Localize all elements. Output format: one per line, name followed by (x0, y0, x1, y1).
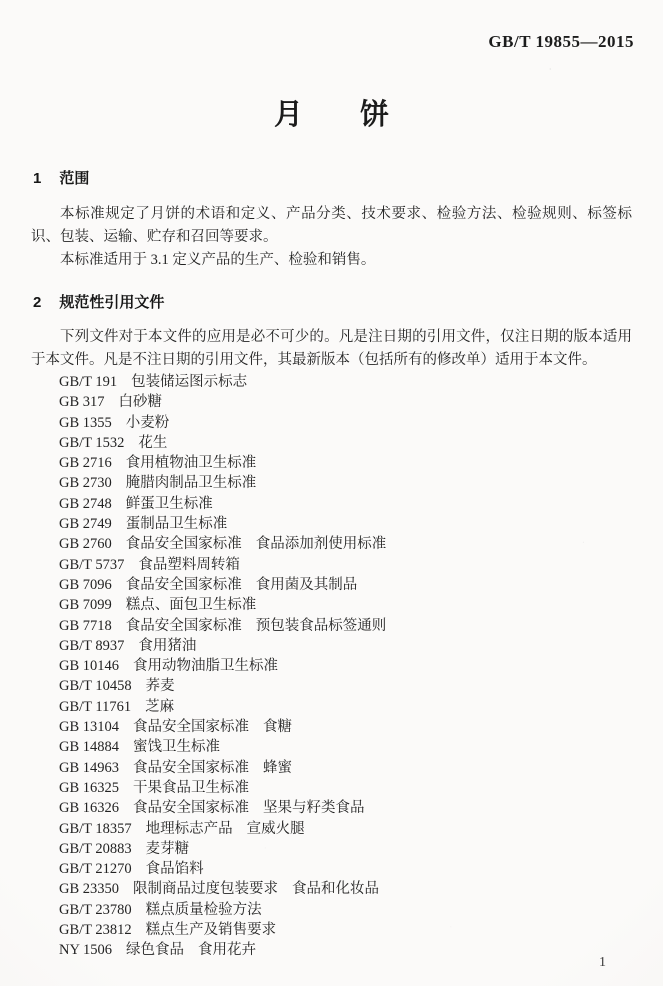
reference-code: GB 7099 (59, 597, 112, 613)
section-2-heading: 2 规范性引用文件 (33, 293, 164, 312)
reference-title: 白砂糖 (119, 394, 163, 410)
title-char-2: 饼 (360, 99, 389, 131)
reference-subtitle: 食品和化妆品 (292, 881, 379, 897)
reference-code: GB/T 8937 (59, 638, 124, 654)
reference-item: GB/T 18357地理标志产品宣威火腿 (59, 819, 639, 839)
reference-title: 干果食品卫生标准 (133, 780, 249, 796)
reference-subtitle: 食用花卉 (198, 942, 256, 958)
reference-code: GB 2730 (59, 475, 112, 491)
reference-item: GB 7718食品安全国家标准预包装食品标签通则 (59, 616, 639, 636)
reference-item: GB 2716食用植物油卫生标准 (59, 453, 639, 473)
reference-code: GB 23350 (59, 881, 119, 897)
reference-code: GB/T 10458 (59, 678, 132, 694)
references-intro: 下列文件对于本文件的应用是必不可少的。凡是注日期的引用文件，仅注日期的版本适用于… (31, 326, 632, 372)
reference-subtitle: 预包装食品标签通则 (256, 618, 387, 634)
reference-subtitle: 食品添加剂使用标准 (256, 536, 387, 552)
reference-title: 鲜蛋卫生标准 (126, 496, 213, 512)
reference-code: GB 14884 (59, 739, 119, 755)
reference-item: GB 13104食品安全国家标准食糖 (59, 717, 639, 737)
reference-code: GB/T 1532 (59, 435, 124, 451)
reference-item: GB/T 8937食用猪油 (59, 636, 639, 656)
reference-title: 包装储运图示标志 (131, 374, 247, 390)
reference-item: GB 7099糕点、面包卫生标准 (59, 595, 639, 615)
reference-code: GB/T 5737 (59, 557, 124, 573)
section-2-number: 2 (33, 293, 41, 312)
reference-title: 食品安全国家标准 (126, 618, 242, 634)
reference-item: GB 1355小麦粉 (59, 413, 639, 433)
section-1-heading-label: 范围 (59, 169, 89, 188)
normative-references-list: GB/T 191包装储运图示标志 GB 317白砂糖 GB 1355小麦粉 GB… (59, 372, 639, 961)
reference-title: 腌腊肉制品卫生标准 (126, 475, 257, 491)
reference-title: 食用植物油卫生标准 (126, 455, 257, 471)
document-title: 月 饼 (0, 99, 663, 131)
reference-item: GB 2749蛋制品卫生标准 (59, 514, 639, 534)
section-1-number: 1 (33, 169, 41, 188)
reference-subtitle: 蜂蜜 (263, 760, 292, 776)
reference-title: 蛋制品卫生标准 (126, 516, 228, 532)
reference-item: GB/T 10458荞麦 (59, 676, 639, 696)
reference-item: GB 2730腌腊肉制品卫生标准 (59, 473, 639, 493)
reference-code: GB 13104 (59, 719, 119, 735)
reference-item: GB 10146食用动物油脂卫生标准 (59, 656, 639, 676)
reference-title: 限制商品过度包装要求 (133, 881, 278, 897)
reference-title: 食品安全国家标准 (133, 760, 249, 776)
section-2-heading-label: 规范性引用文件 (59, 293, 164, 312)
reference-title: 食品塑料周转箱 (138, 557, 240, 573)
reference-code: GB 10146 (59, 658, 119, 674)
reference-item: GB 2760食品安全国家标准食品添加剂使用标准 (59, 534, 639, 554)
reference-code: GB/T 18357 (59, 821, 132, 837)
reference-item: GB/T 23780糕点质量检验方法 (59, 900, 639, 920)
reference-code: GB 16325 (59, 780, 119, 796)
reference-title: 糕点生产及销售要求 (146, 922, 277, 938)
reference-title: 蜜饯卫生标准 (133, 739, 220, 755)
reference-title: 小麦粉 (126, 415, 170, 431)
reference-code: GB/T 20883 (59, 841, 132, 857)
reference-title: 花生 (138, 435, 167, 451)
reference-code: GB/T 23812 (59, 922, 132, 938)
reference-subtitle: 宣威火腿 (247, 821, 305, 837)
reference-item: GB/T 20883麦芽糖 (59, 839, 639, 859)
reference-code: GB 14963 (59, 760, 119, 776)
reference-title: 食品安全国家标准 (133, 800, 249, 816)
reference-item: GB/T 23812糕点生产及销售要求 (59, 920, 639, 940)
reference-code: GB/T 11761 (59, 699, 131, 715)
scope-paragraph-2: 本标准适用于 3.1 定义产品的生产、检验和销售。 (31, 249, 632, 272)
reference-code: GB/T 21270 (59, 861, 132, 877)
reference-title: 食用动物油脂卫生标准 (133, 658, 278, 674)
reference-code: GB 2749 (59, 516, 112, 532)
reference-item: GB 7096食品安全国家标准食用菌及其制品 (59, 575, 639, 595)
reference-title: 食品安全国家标准 (126, 536, 242, 552)
reference-item: NY 1506绿色食品食用花卉 (59, 940, 639, 960)
reference-code: GB 2748 (59, 496, 112, 512)
document-page: GB/T 19855—2015 月 饼 1 范围 本标准规定了月饼的术语和定义、… (0, 0, 663, 986)
reference-code: GB/T 191 (59, 374, 117, 390)
reference-title: 地理标志产品 (146, 821, 233, 837)
reference-title: 食品安全国家标准 (133, 719, 249, 735)
reference-title: 芝麻 (145, 699, 174, 715)
reference-code: GB 2716 (59, 455, 112, 471)
standard-code: GB/T 19855—2015 (488, 32, 634, 52)
reference-code: GB 7096 (59, 577, 112, 593)
section-1-heading: 1 范围 (33, 169, 89, 188)
reference-title: 糕点、面包卫生标准 (126, 597, 257, 613)
title-char-1: 月 (274, 99, 303, 131)
reference-item: GB/T 5737食品塑料周转箱 (59, 555, 639, 575)
page-number: 1 (599, 955, 606, 971)
reference-code: GB 317 (59, 394, 105, 410)
reference-code: GB 7718 (59, 618, 112, 634)
reference-subtitle: 坚果与籽类食品 (263, 800, 365, 816)
reference-item: GB 23350限制商品过度包装要求食品和化妆品 (59, 879, 639, 899)
reference-item: GB/T 191包装储运图示标志 (59, 372, 639, 392)
reference-title: 绿色食品 (126, 942, 184, 958)
reference-item: GB 317白砂糖 (59, 392, 639, 412)
scope-paragraph-1: 本标准规定了月饼的术语和定义、产品分类、技术要求、检验方法、检验规则、标签标识、… (31, 203, 632, 249)
reference-code: GB 2760 (59, 536, 112, 552)
reference-title: 麦芽糖 (146, 841, 190, 857)
reference-code: GB/T 23780 (59, 902, 132, 918)
reference-title: 食品馅料 (146, 861, 204, 877)
references-intro-paragraph: 下列文件对于本文件的应用是必不可少的。凡是注日期的引用文件，仅注日期的版本适用于… (31, 326, 632, 372)
reference-subtitle: 食用菌及其制品 (256, 577, 358, 593)
reference-code: NY 1506 (59, 942, 112, 958)
reference-code: GB 1355 (59, 415, 112, 431)
reference-title: 食用猪油 (138, 638, 196, 654)
reference-title: 糕点质量检验方法 (146, 902, 262, 918)
reference-item: GB/T 21270食品馅料 (59, 859, 639, 879)
reference-code: GB 16326 (59, 800, 119, 816)
reference-subtitle: 食糖 (263, 719, 292, 735)
reference-item: GB/T 11761芝麻 (59, 697, 639, 717)
reference-item: GB 14963食品安全国家标准蜂蜜 (59, 758, 639, 778)
reference-title: 荞麦 (146, 678, 175, 694)
reference-item: GB/T 1532花生 (59, 433, 639, 453)
reference-item: GB 16326食品安全国家标准坚果与籽类食品 (59, 798, 639, 818)
reference-item: GB 2748鲜蛋卫生标准 (59, 494, 639, 514)
reference-item: GB 16325干果食品卫生标准 (59, 778, 639, 798)
reference-item: GB 14884蜜饯卫生标准 (59, 737, 639, 757)
scope-paragraphs: 本标准规定了月饼的术语和定义、产品分类、技术要求、检验方法、检验规则、标签标识、… (31, 203, 632, 272)
reference-title: 食品安全国家标准 (126, 577, 242, 593)
